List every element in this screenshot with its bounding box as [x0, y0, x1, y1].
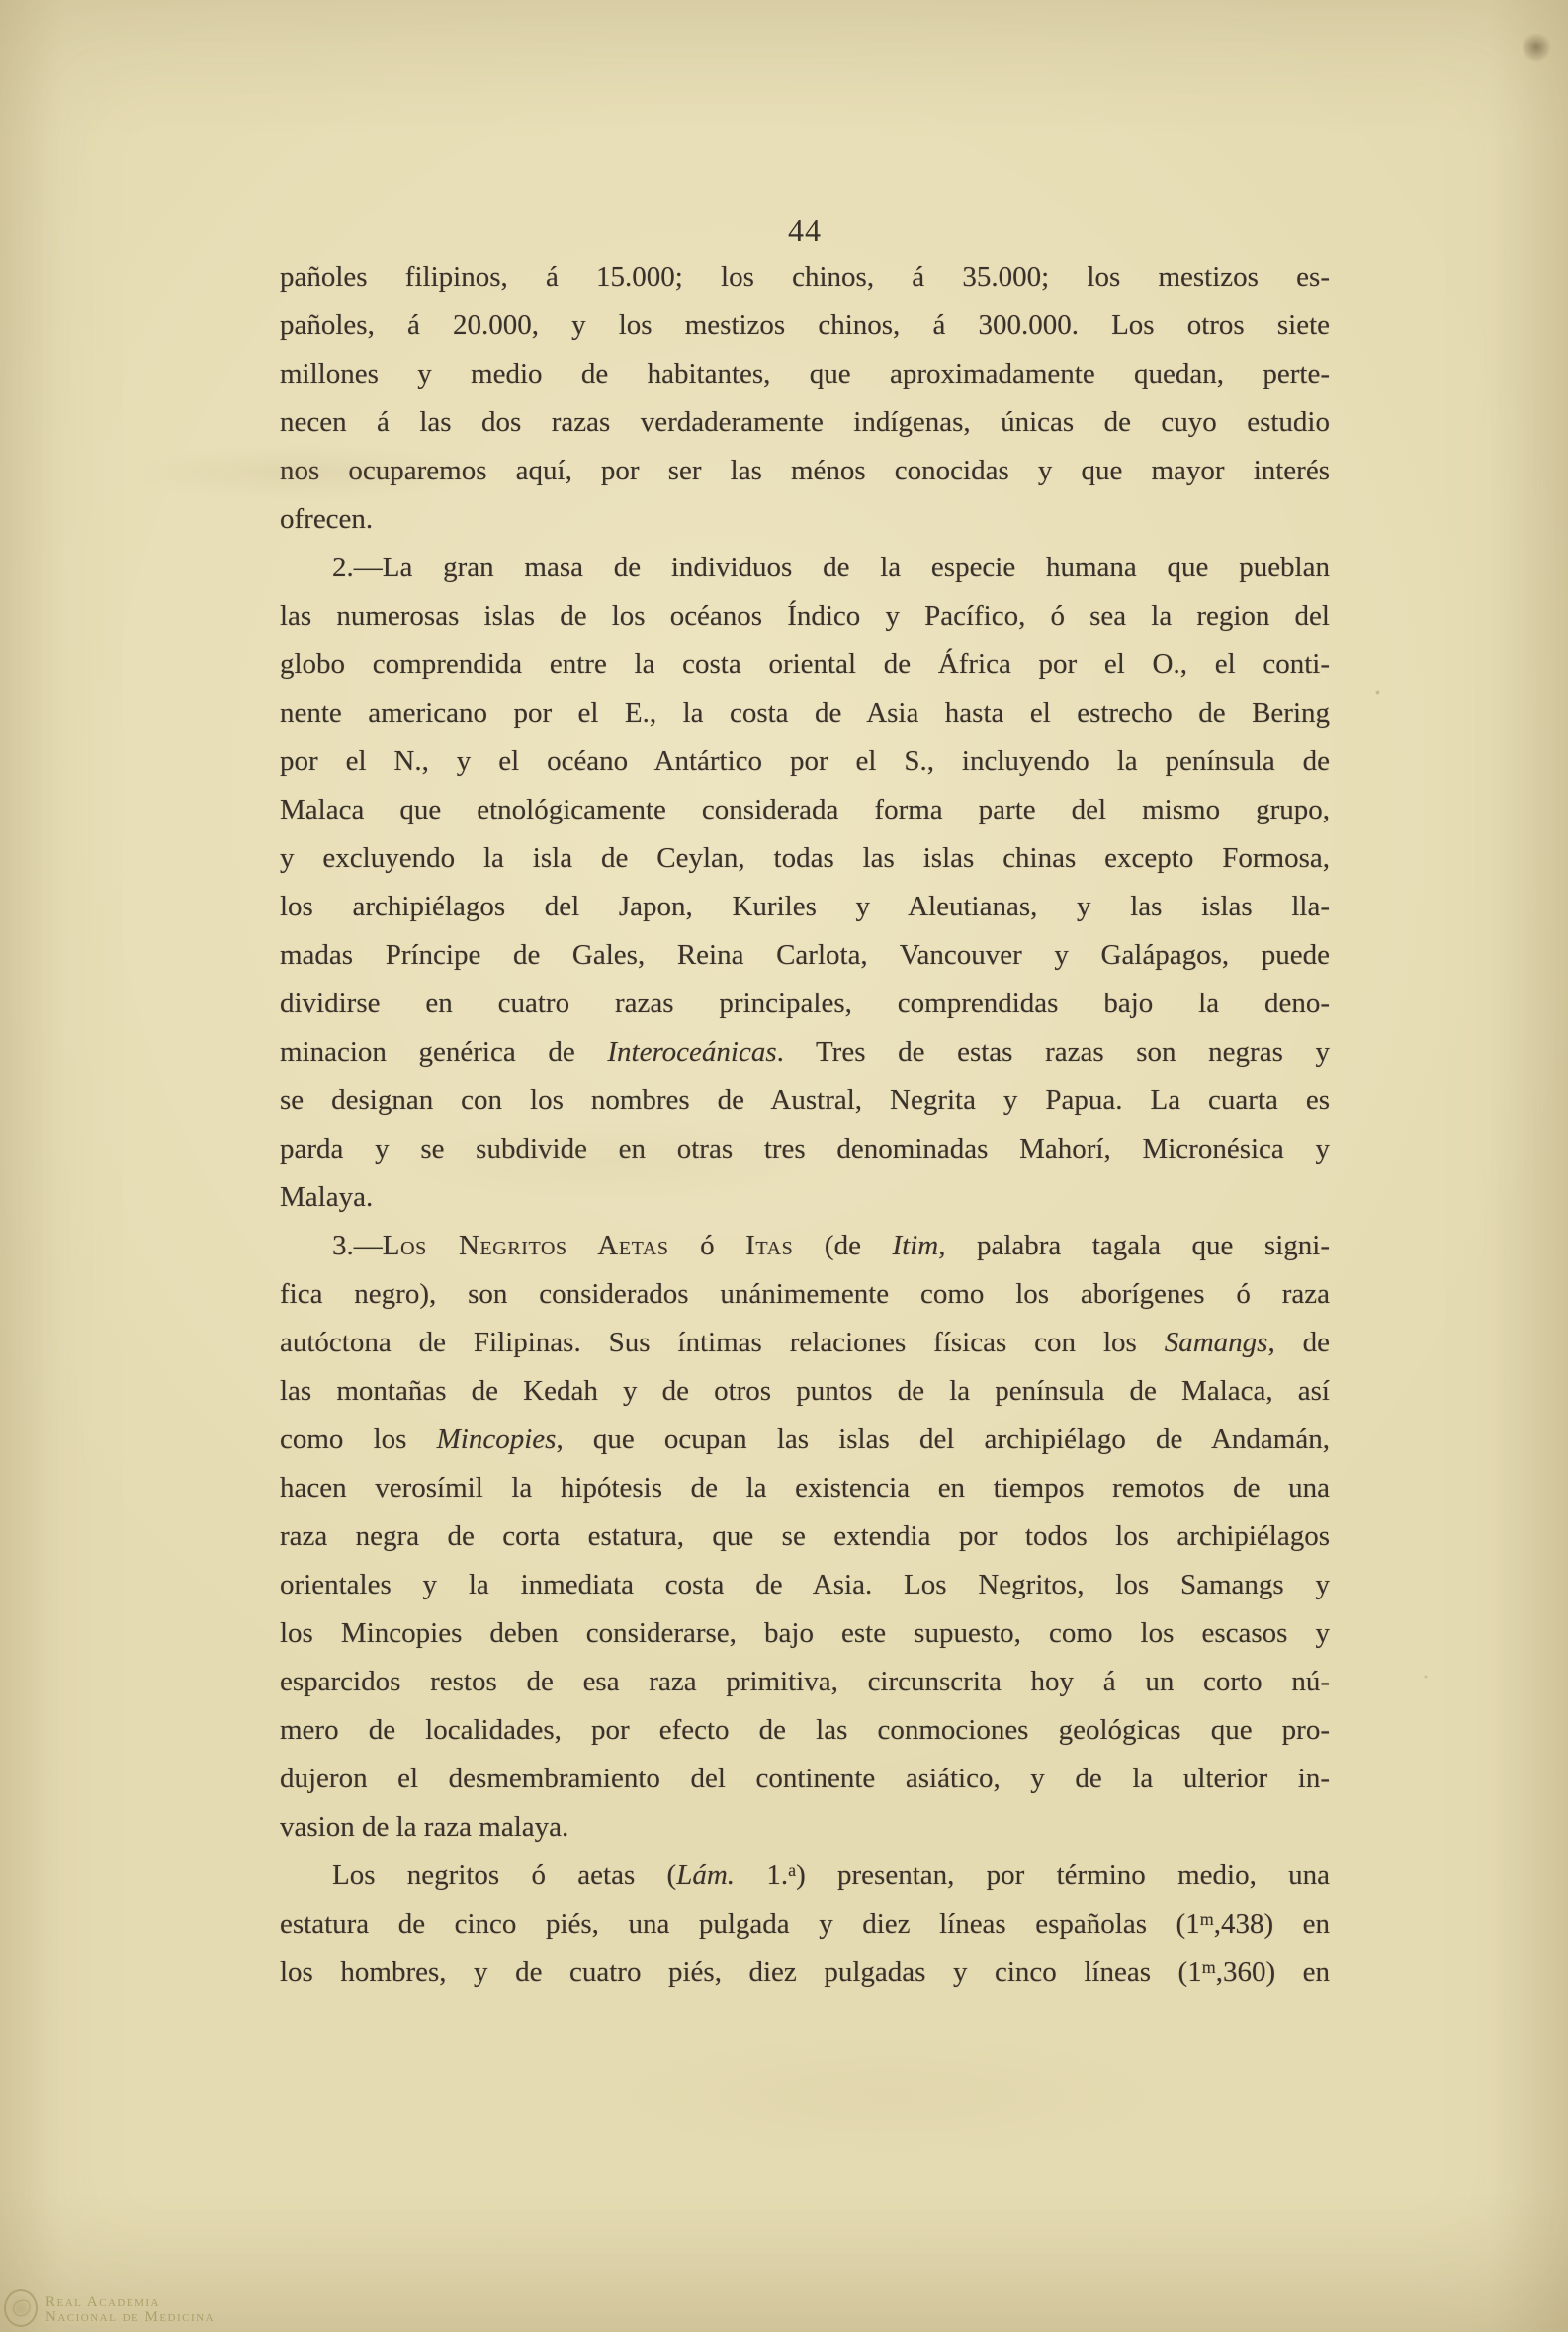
text-line: se designan con los nombres de Austral, … [280, 1077, 1330, 1125]
text-line: nos ocuparemos aquí, por ser las ménos c… [280, 447, 1330, 495]
library-watermark: Real Academia Nacional de Medicina [4, 2289, 215, 2327]
text-line: dividirse en cuatro razas principales, c… [280, 980, 1330, 1028]
text-line: vasion de la raza malaya. [280, 1803, 1330, 1852]
text-line: madas Príncipe de Gales, Reina Carlota, … [280, 931, 1330, 980]
text-line: las montañas de Kedah y de otros puntos … [280, 1367, 1330, 1416]
text-line: nente americano por el E., la costa de A… [280, 689, 1330, 737]
text-line: minacion genérica de Interoceánicas. Tre… [280, 1028, 1330, 1077]
text-line: fica negro), son considerados unánimemen… [280, 1270, 1330, 1319]
paper-speck [1375, 690, 1380, 695]
text-line: los Mincopies deben considerarse, bajo e… [280, 1609, 1330, 1658]
text-line: pañoles filipinos, á 15.000; los chinos,… [280, 253, 1330, 302]
text-line: mero de localidades, por efecto de las c… [280, 1706, 1330, 1755]
ink-smudge [1522, 33, 1551, 62]
text-line: como los Mincopies, que ocupan las islas… [280, 1416, 1330, 1464]
text-line: dujeron el desmembramiento del continent… [280, 1755, 1330, 1803]
library-seal-icon [4, 2289, 38, 2327]
text-line: y excluyendo la isla de Ceylan, todas la… [280, 834, 1330, 883]
text-line: estatura de cinco piés, una pulgada y di… [280, 1900, 1330, 1948]
text-line: parda y se subdivide en otras tres denom… [280, 1125, 1330, 1173]
text-line: necen á las dos razas verdaderamente ind… [280, 398, 1330, 447]
watermark-line1: Real Academia [45, 2295, 215, 2310]
text-line: raza negra de corta estatura, que se ext… [280, 1512, 1330, 1561]
text-line: Malaca que etnológicamente considerada f… [280, 786, 1330, 834]
text-line: los hombres, y de cuatro piés, diez pulg… [280, 1948, 1330, 1997]
text-line: pañoles, á 20.000, y los mestizos chinos… [280, 302, 1330, 350]
text-line: 2.—La gran masa de individuos de la espe… [280, 544, 1330, 592]
text-line: Malaya. [280, 1173, 1330, 1222]
text-line: autóctona de Filipinas. Sus íntimas rela… [280, 1319, 1330, 1367]
text-line: millones y medio de habitantes, que apro… [280, 350, 1330, 398]
text-line: globo comprendida entre la costa orienta… [280, 641, 1330, 689]
paper-speck [1424, 1675, 1428, 1679]
text-line: esparcidos restos de esa raza primitiva,… [280, 1658, 1330, 1706]
text-block: pañoles filipinos, á 15.000; los chinos,… [280, 253, 1330, 1997]
text-line: orientales y la inmediata costa de Asia.… [280, 1561, 1330, 1609]
text-line: por el N., y el océano Antártico por el … [280, 737, 1330, 786]
text-line: 3.—Los Negritos Aetas ó Itas (de Itim, p… [280, 1222, 1330, 1270]
watermark-line2: Nacional de Medicina [45, 2310, 215, 2325]
page-number: 44 [280, 214, 1330, 247]
text-line: los archipiélagos del Japon, Kuriles y A… [280, 883, 1330, 931]
library-watermark-text: Real Academia Nacional de Medicina [45, 2289, 215, 2325]
text-line: Los negritos ó aetas (Lám. 1.a) presenta… [280, 1852, 1330, 1900]
book-page: 44 pañoles filipinos, á 15.000; los chin… [0, 0, 1568, 2332]
text-line: las numerosas islas de los océanos Índic… [280, 592, 1330, 641]
text-line: hacen verosímil la hipótesis de la exist… [280, 1464, 1330, 1512]
text-line: ofrecen. [280, 495, 1330, 544]
